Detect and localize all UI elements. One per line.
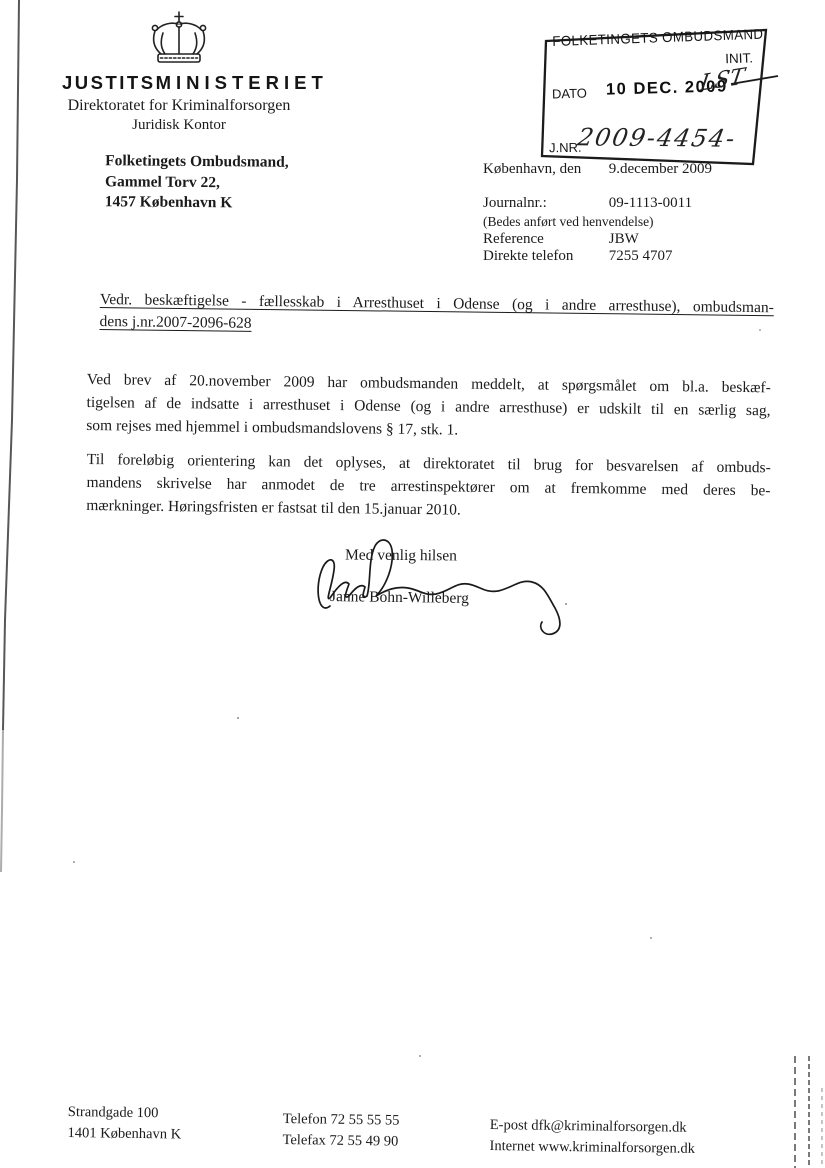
place-date-label: København, den — [483, 161, 605, 178]
stamp-date-label: DATO — [552, 86, 587, 102]
reference-value: JBW — [609, 231, 639, 247]
footer-online: E-post dfk@kriminalforsorgen.dk Internet… — [489, 1115, 695, 1160]
subject-line: dens j.nr.2007-2096-628 — [99, 311, 251, 335]
recipient-line: Gammel Torv 22, — [105, 172, 289, 194]
received-stamp: FOLKETINGETS OMBUDSMAND INIT. DATO 10 DE… — [540, 26, 785, 174]
footer-phone: Telefon 72 55 55 55 Telefax 72 55 49 90 — [282, 1109, 399, 1153]
subject-heading: Vedr. beskæftigelse - fællesskab i Arres… — [99, 289, 773, 341]
footer-email-line: E-post dfk@kriminalforsorgen.dk — [490, 1115, 696, 1139]
footer-phone-line: Telefax 72 55 49 90 — [282, 1130, 399, 1153]
stamp-title: FOLKETINGETS OMBUDSMAND — [552, 26, 764, 49]
reference-label: Reference — [483, 231, 605, 248]
recipient-line: 1457 København K — [105, 192, 289, 214]
stamp-initials-handwriting: LST — [698, 64, 746, 97]
ministry-name: JUSTITSMINISTERIET — [62, 72, 296, 94]
journal-label: Journalnr.: — [483, 195, 605, 212]
place-date-row: København, den 9.december 2009 — [483, 161, 712, 178]
scanned-letter-page: JUSTITSMINISTERIET Direktoratet for Krim… — [0, 0, 825, 1168]
direct-phone-row: Direkte telefon 7255 4707 — [483, 248, 673, 265]
direct-phone-label: Direkte telefon — [483, 248, 605, 265]
body-paragraph-1: Ved brev af 20.november 2009 har ombudsm… — [86, 368, 771, 445]
reference-row: Reference JBW — [483, 231, 639, 248]
directorate-name: Direktoratet for Kriminalforsorgen — [62, 97, 296, 115]
signer-name: Janne Bohn-Willeberg — [330, 588, 469, 608]
body-paragraph-2: Til foreløbig orientering kan det oplyse… — [86, 448, 771, 525]
closing-salutation: Med venlig hilsen — [345, 547, 457, 566]
journal-value: 09-1113-0011 — [609, 195, 692, 211]
footer-address: Strandgade 100 1401 København K — [67, 1102, 181, 1146]
footer-address-line: Strandgade 100 — [68, 1102, 182, 1125]
letterhead: JUSTITSMINISTERIET Direktoratet for Krim… — [62, 10, 296, 134]
stamp-jnr-handwriting: 2009-4454- — [575, 123, 739, 152]
recipient-line: Folketingets Ombudsmand, — [105, 151, 289, 173]
crown-icon — [147, 10, 211, 66]
journal-note: (Bedes anført ved henvendelse) — [483, 214, 654, 230]
journal-row: Journalnr.: 09-1113-0011 — [483, 195, 692, 212]
recipient-address: Folketingets Ombudsmand, Gammel Torv 22,… — [105, 151, 289, 214]
direct-phone-value: 7255 4707 — [609, 248, 673, 264]
footer-website-line: Internet www.kriminalforsorgen.dk — [489, 1136, 695, 1160]
footer-address-line: 1401 København K — [67, 1123, 181, 1146]
ministry-name-part1: JUSTITS — [62, 72, 156, 93]
ministry-name-part2: MINISTERIET — [156, 72, 328, 93]
footer-phone-line: Telefon 72 55 55 55 — [283, 1109, 400, 1132]
office-name: Juridisk Kontor — [62, 117, 296, 134]
place-date-value: 9.december 2009 — [609, 161, 712, 177]
